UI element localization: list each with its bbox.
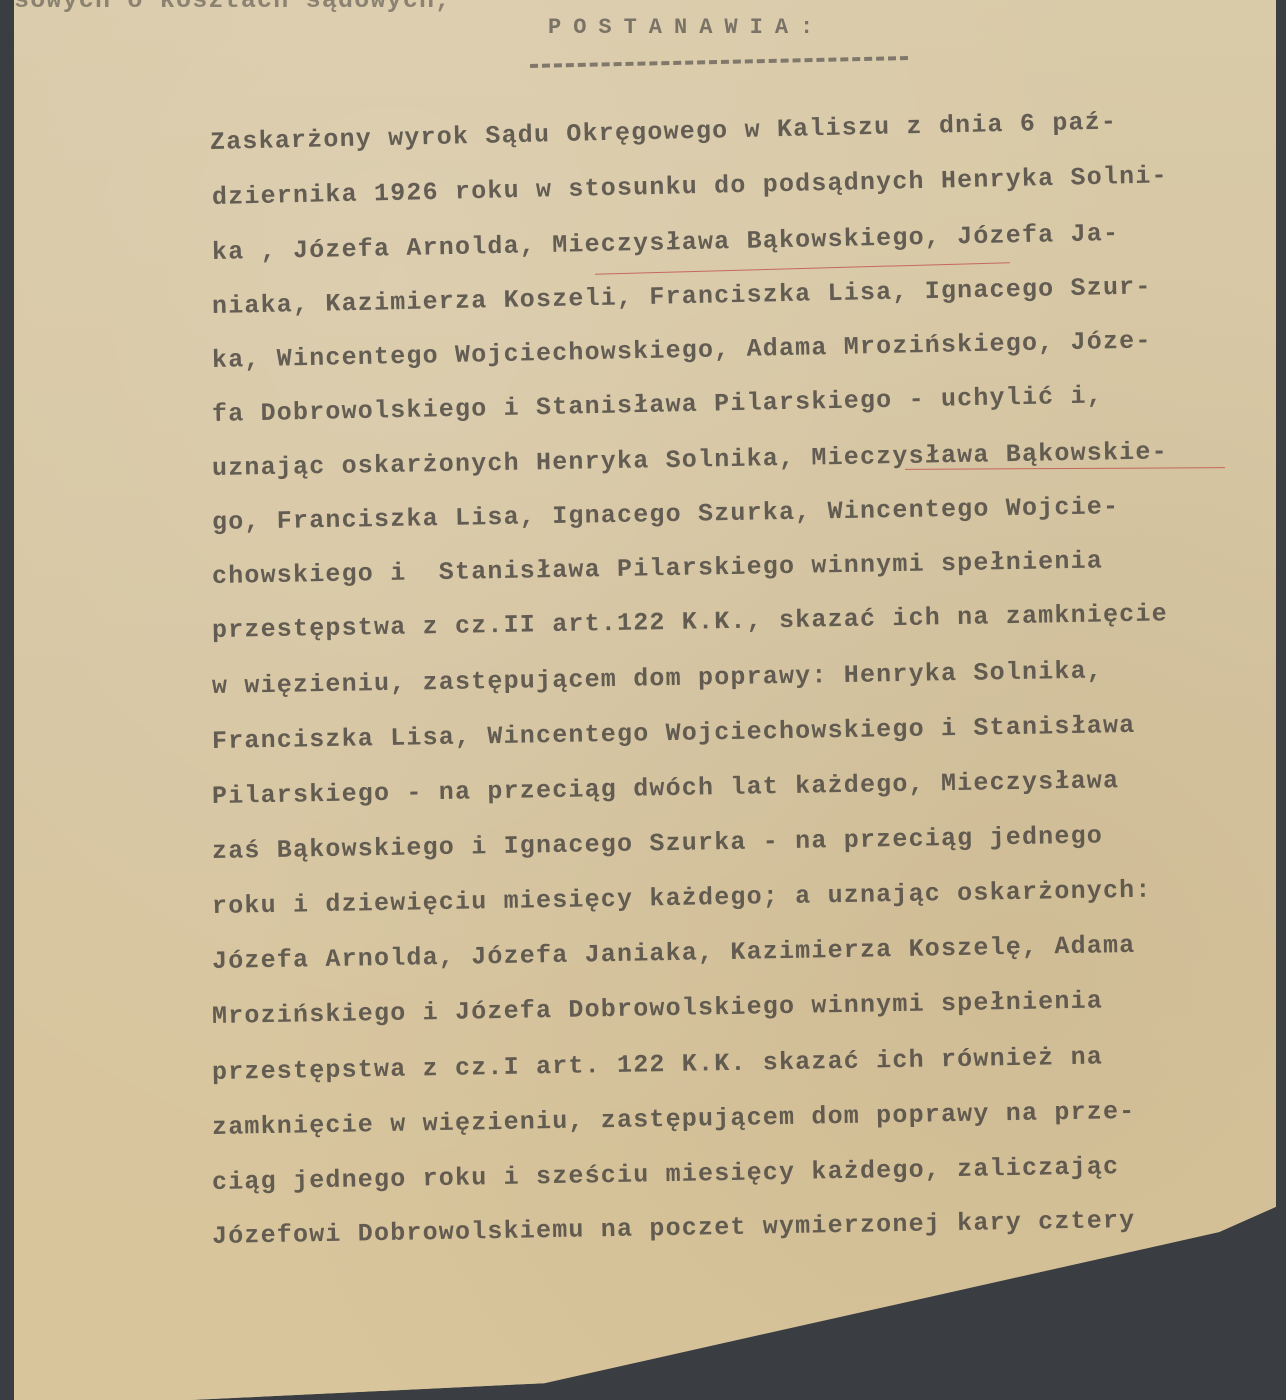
previous-page-fragment: sowych o kosztach sądowych,: [14, 0, 451, 15]
document-heading: POSTANAWIA:: [548, 15, 825, 40]
document-page: [14, 0, 1276, 1400]
